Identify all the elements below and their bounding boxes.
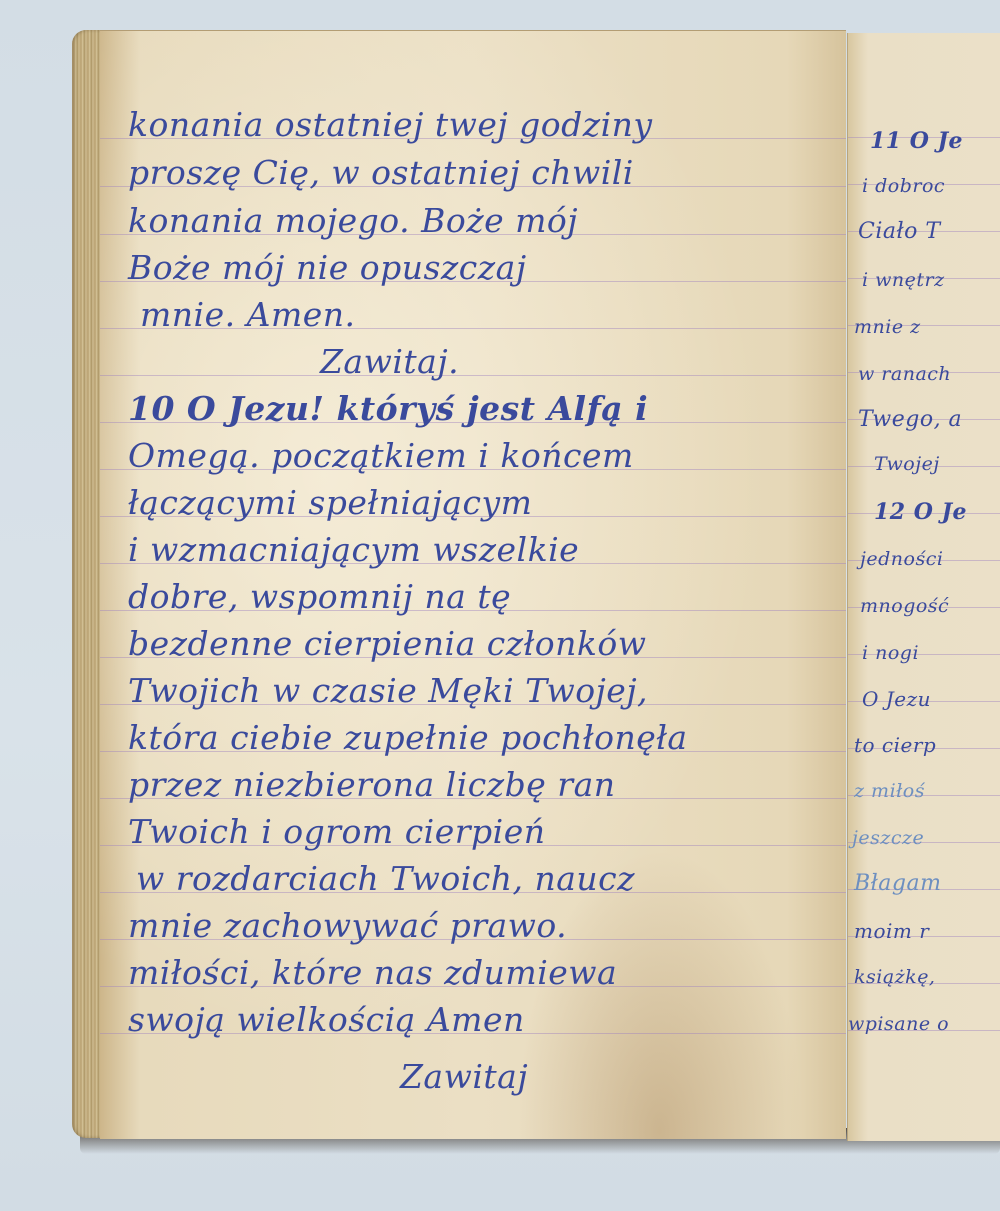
handwritten-line: w rozdarciach Twoich, naucz	[136, 859, 635, 898]
handwritten-line: mnogość	[860, 595, 949, 617]
handwritten-line: konania mojego. Boże mój	[128, 201, 578, 240]
handwritten-line: Błagam	[854, 871, 941, 896]
handwritten-line: O Jezu	[862, 687, 931, 711]
handwritten-line: książkę,	[854, 966, 935, 988]
handwritten-line: w ranach	[858, 363, 951, 385]
handwritten-line: przez niezbierona liczbę ran	[128, 765, 616, 804]
handwritten-line: moim r	[854, 919, 929, 943]
handwritten-line: łączącymi spełniającym	[128, 483, 532, 522]
handwritten-line: konania ostatniej twej godziny	[128, 105, 653, 144]
handwritten-line: z miłoś	[854, 780, 925, 802]
handwritten-line: Twojej	[874, 453, 940, 475]
prayer-12-start: 12 O Je	[874, 499, 967, 525]
section-heading: Zawitaj	[400, 1057, 528, 1096]
handwritten-line: to cierp	[854, 733, 936, 757]
handwritten-line: miłości, które nas zdumiewa	[128, 953, 617, 992]
handwritten-line: Omegą. początkiem i końcem	[128, 436, 634, 475]
handwritten-line: dobre, wspomnij na tę	[128, 577, 511, 616]
handwritten-line: mnie z	[854, 316, 921, 338]
prayer-10-start: 10 O Jezu! któryś jest Alfą i	[128, 389, 648, 428]
handwritten-line: Twojich w czasie Męki Twojej,	[128, 671, 648, 710]
handwritten-line: Boże mój nie opuszczaj	[128, 248, 527, 287]
handwritten-line: która ciebie zupełnie pochłonęła	[128, 718, 688, 757]
handwritten-line: mnie. Amen.	[140, 295, 356, 334]
handwritten-line: i wzmacniającym wszelkie	[128, 530, 579, 569]
handwritten-line: i dobroc	[862, 175, 945, 197]
handwritten-line: i nogi	[862, 642, 919, 664]
prayer-11-start: 11 O Je	[870, 128, 963, 154]
handwritten-line: swoją wielkością Amen	[128, 1000, 525, 1039]
handwritten-line: i wnętrz	[862, 269, 945, 291]
handwritten-line: Twego, a	[858, 407, 962, 432]
handwritten-line: Twoich i ogrom cierpień	[128, 812, 546, 851]
handwritten-line: jedności	[860, 548, 943, 570]
handwritten-line: jeszcze	[852, 827, 924, 849]
handwritten-line: Ciało T	[858, 219, 941, 244]
right-page: 11 O Je i dobroc Ciało T i wnętrz mnie z…	[847, 33, 1000, 1141]
handwritten-line: mnie zachowywać prawo.	[128, 906, 567, 945]
section-heading: Zawitaj.	[320, 342, 459, 381]
handwritten-line: bezdenne cierpienia członków	[128, 624, 647, 663]
handwritten-line: wpisane o	[848, 1013, 949, 1035]
ruled-line	[100, 375, 846, 376]
handwritten-line: proszę Cię, w ostatniej chwili	[128, 153, 634, 192]
left-page: konania ostatniej twej godziny proszę Ci…	[100, 30, 846, 1139]
